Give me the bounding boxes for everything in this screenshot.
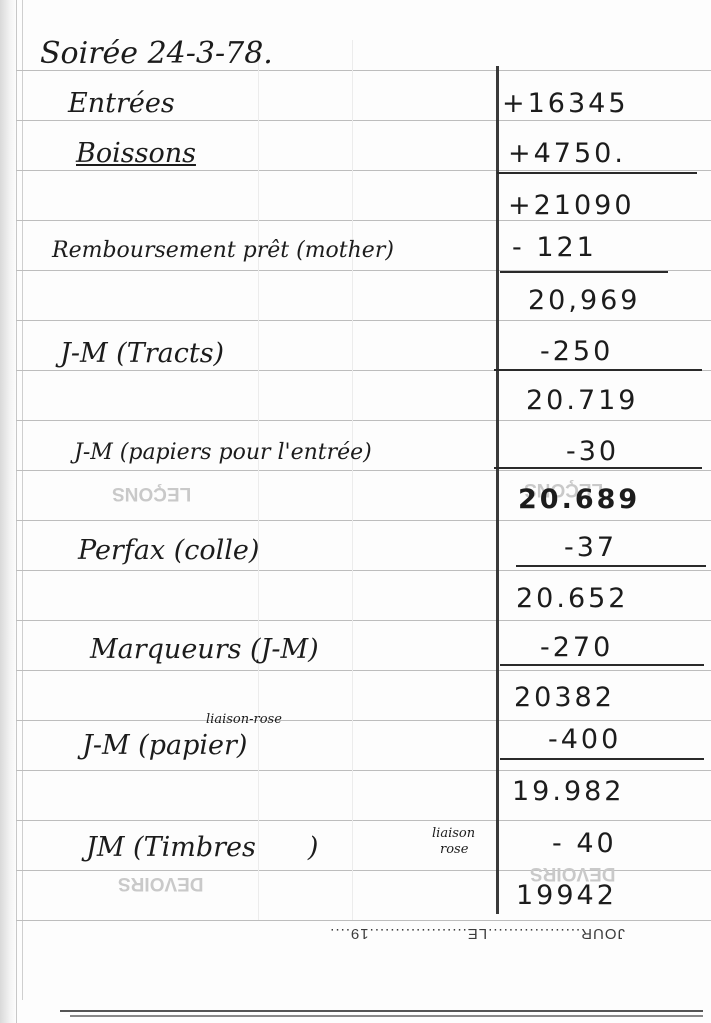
amount-jm-papiers: -30 — [566, 436, 619, 467]
ruled-line — [16, 170, 711, 171]
bleed-column-line — [352, 40, 353, 920]
ruled-line — [16, 920, 711, 921]
sum-underline — [516, 565, 706, 567]
entry-label-boissons: Boissons — [76, 138, 196, 169]
entry-label-perfax: Perfax (colle) — [78, 535, 259, 566]
sum-underline — [497, 172, 697, 174]
entry-label-jm-papier-text: J-M (papier — [82, 730, 237, 761]
ruled-line — [16, 470, 711, 471]
entry-label-jm-timbres-text: JM (Timbres — [86, 832, 256, 863]
subtotal-5: 20.652 — [516, 583, 628, 614]
subtotal-6: 20382 — [514, 682, 615, 713]
subtotal-4: 20.689 — [518, 484, 640, 515]
ruled-line — [16, 770, 711, 771]
ruled-line — [16, 820, 711, 821]
amount-remboursement: - 121 — [512, 232, 597, 263]
subtotal-3: 20.719 — [526, 385, 638, 416]
entry-label-jm-papier-close: ) — [237, 730, 248, 761]
ruled-line — [16, 420, 711, 421]
bleed-column-line — [258, 40, 259, 920]
sum-underline — [500, 758, 704, 760]
entry-label-jm-papier: J-M (papier) — [82, 730, 247, 761]
amount-jm-timbres: - 40 — [552, 828, 617, 859]
sum-underline — [500, 664, 704, 666]
annotation-rose: rose — [440, 842, 468, 857]
ruled-line — [16, 720, 711, 721]
bleed-text-devoirs: DEVOIRS — [118, 872, 204, 894]
entry-label-remboursement: Remboursement prêt (mother) — [52, 238, 394, 263]
bleed-text-lecons: LEÇONS — [112, 482, 191, 504]
ruled-line — [16, 120, 711, 121]
sum-underline — [494, 467, 702, 469]
entry-label-jm-tracts: J-M (Tracts) — [60, 338, 224, 369]
amount-marqueurs: -270 — [540, 632, 613, 663]
amount-perfax: -37 — [564, 532, 617, 563]
amount-jm-papier: -400 — [548, 724, 621, 755]
subtotal-1: +21090 — [508, 190, 635, 221]
ruled-line — [16, 620, 711, 621]
ruled-line — [16, 520, 711, 521]
amount-column-divider — [496, 66, 499, 914]
torn-binding-edge — [0, 0, 17, 1023]
sum-underline — [494, 369, 702, 371]
annotation-liaison: liaison — [432, 826, 475, 841]
notebook-page: LEÇONS LEÇONS DEVOIRS DEVOIRS Soirée 24-… — [0, 0, 711, 1023]
entry-label-jm-timbres-close: ) — [308, 832, 319, 863]
amount-boissons: +4750. — [508, 138, 626, 169]
subtotal-7: 19.982 — [512, 776, 624, 807]
subtotal-2: 20,969 — [528, 285, 640, 316]
printed-date-footer: JOUR..................LE................… — [105, 925, 625, 942]
entry-label-entrees: Entrées — [68, 88, 175, 119]
ruled-line — [16, 670, 711, 671]
page-stack-edge — [60, 1010, 703, 1012]
page-title: Soirée 24-3-78. — [40, 36, 273, 71]
amount-jm-tracts: -250 — [540, 336, 613, 367]
final-balance: 19942 — [516, 880, 617, 911]
annotation-liaison-rose: liaison-rose — [206, 712, 282, 727]
ruled-line — [16, 320, 711, 321]
ruled-line — [16, 570, 711, 571]
page-stack-edge — [70, 1015, 703, 1017]
entry-label-marqueurs: Marqueurs (J-M) — [90, 634, 319, 665]
margin-line — [22, 0, 23, 1000]
amount-entrees: +16345 — [502, 88, 629, 119]
entry-label-jm-papiers: J-M (papiers pour l'entrée) — [74, 440, 372, 465]
entry-label-jm-timbres: JM (Timbres) — [86, 832, 318, 863]
sum-underline — [500, 271, 668, 273]
